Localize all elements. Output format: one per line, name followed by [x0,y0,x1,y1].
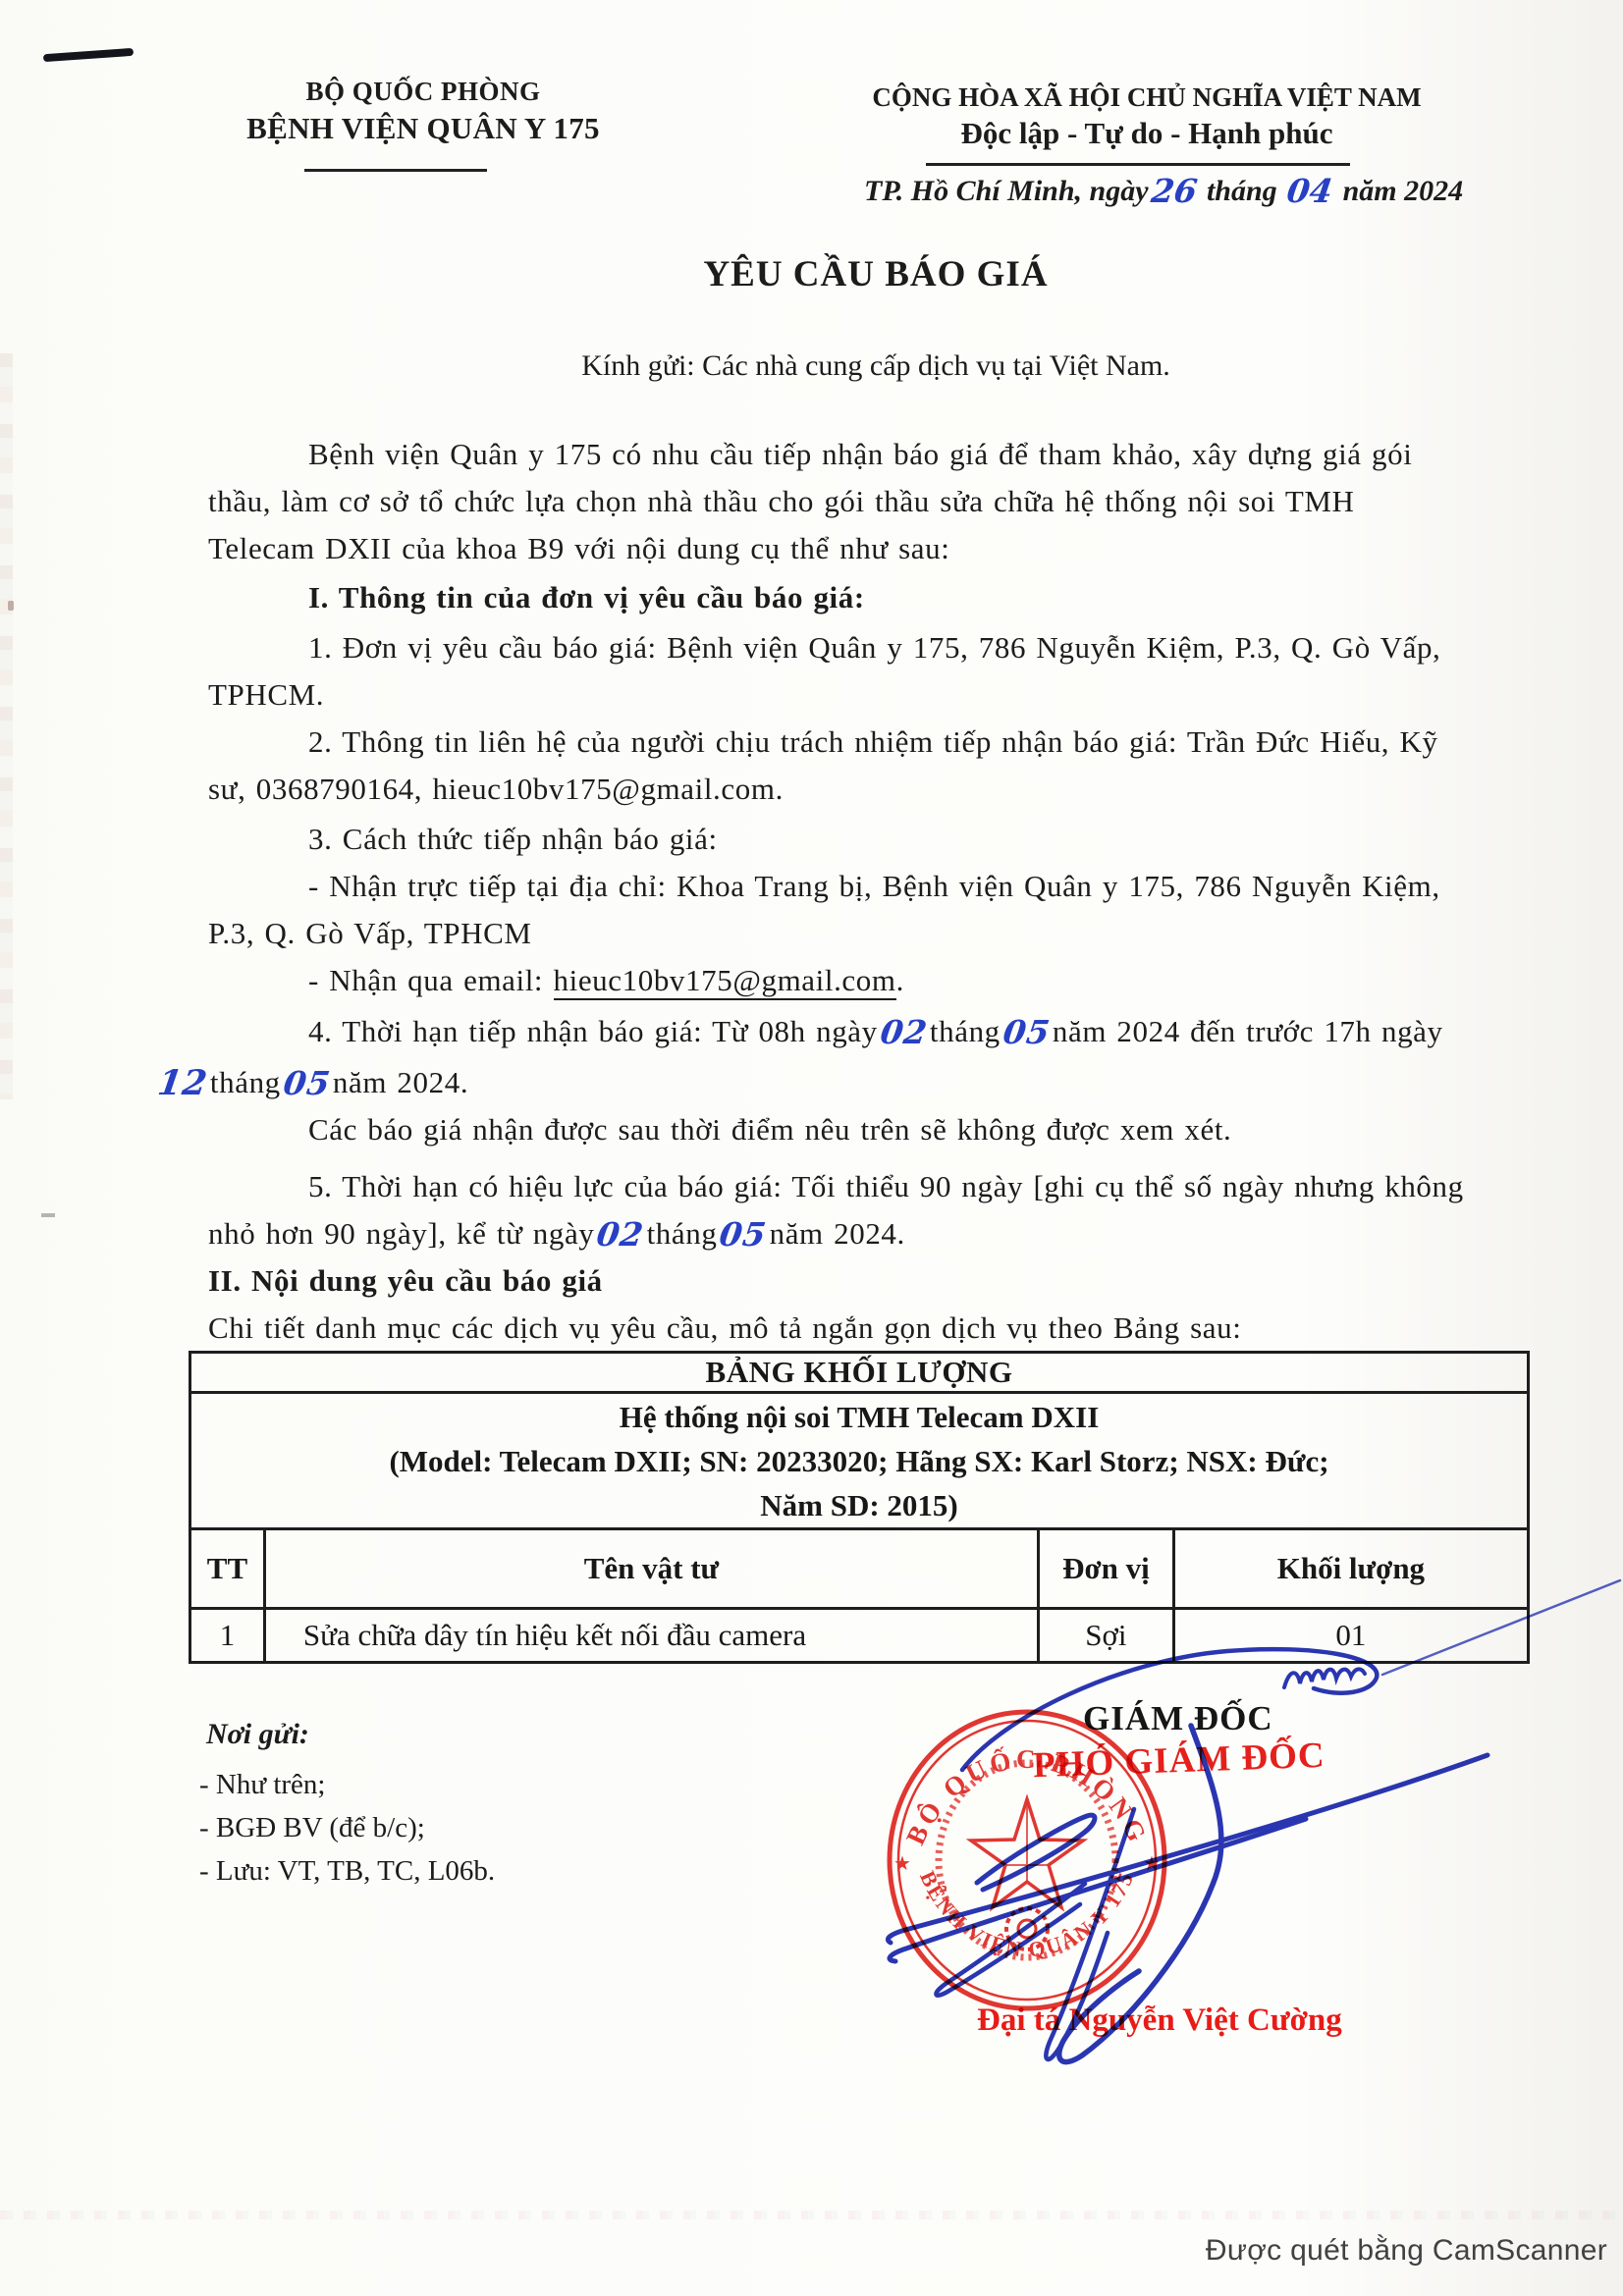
item-1-line: TPHCM. [208,672,1583,718]
equipment-year: Năm SD: 2015) [191,1483,1527,1527]
email-tail: . [896,963,904,997]
email-prefix: - Nhận qua email: [308,963,554,997]
national-motto: Độc lập - Tự do - Hạnh phúc [823,116,1471,151]
item-5-text: năm 2024. [770,1216,905,1251]
national-header-block: CỘNG HÒA XÃ HỘI CHỦ NGHĨA VIỆT NAM Độc l… [823,82,1471,151]
handwritten-day: 02 [595,1218,646,1251]
item-4-text: năm 2024 đến trước 17h ngày [1053,1014,1443,1048]
item-3-direct-line: P.3, Q. Gò Vấp, TPHCM [208,911,1583,956]
dateline: TP. Hồ Chí Minh, ngày26 tháng 04 năm 202… [864,173,1571,208]
salutation: Kính gửi: Các nhà cung cấp dịch vụ tại V… [208,349,1543,383]
item-5-line: nhỏ hơn 90 ngày], kể từ ngày02tháng05năm… [208,1211,1583,1256]
dateline-prefix: TP. Hồ Chí Minh, ngày [864,175,1149,207]
item-4-text: tháng [210,1065,281,1099]
dateline-mid: tháng [1199,175,1284,207]
item-4-text: năm 2024. [333,1065,468,1099]
item-4-text: 4. Thời hạn tiếp nhận báo giá: Từ 08h ng… [308,1014,878,1048]
email-address: hieuc10bv175@gmail.com [554,963,896,1000]
intro-line: thầu, làm cơ sở tổ chức lựa chọn nhà thầ… [208,479,1583,524]
section-1-heading: I. Thông tin của đơn vị yêu cầu báo giá: [208,575,1623,620]
intro-line: Bệnh viện Quân y 175 có nhu cầu tiếp nhậ… [208,432,1623,477]
issuing-org-block: BỘ QUỐC PHÒNG BỆNH VIỆN QUÂN Y 175 [211,77,635,146]
recipient-item: - Lưu: VT, TB, TC, L06b. [199,1849,495,1893]
col-header-tt: TT [190,1529,265,1609]
cell-tt: 1 [190,1609,265,1663]
handwritten-day: 26 [1149,175,1199,207]
equipment-name: Hệ thống nội soi TMH Telecam DXII [191,1395,1527,1439]
table-subtitle: Hệ thống nội soi TMH Telecam DXII (Model… [190,1393,1529,1529]
handwritten-month: 05 [281,1067,332,1099]
recipients-label: Nơi gửi: [206,1718,309,1751]
item-4-note: Các báo giá nhận được sau thời điểm nêu … [208,1107,1623,1152]
item-2-line: sư, 0368790164, hieuc10bv175@gmail.com. [208,767,1583,812]
handwritten-month: 05 [718,1218,769,1251]
document-page: BỘ QUỐC PHÒNG BỆNH VIỆN QUÂN Y 175 CỘNG … [0,0,1623,2296]
item-4-line: 12tháng05năm 2024. [155,1060,1530,1105]
scan-edge-artifact [0,353,13,1099]
scan-speck [41,1213,55,1217]
signature-ink-icon [844,1559,1623,2109]
table-title: BẢNG KHỐI LƯỢNG [190,1353,1529,1393]
item-3-direct-line: - Nhận trực tiếp tại địa chỉ: Khoa Trang… [208,864,1623,909]
org-underline [304,169,487,172]
scan-speck [8,601,14,611]
section-2-intro: Chi tiết danh mục các dịch vụ yêu cầu, m… [208,1306,1583,1351]
parent-org: BỘ QUỐC PHÒNG [211,77,635,107]
section-2-heading: II. Nội dung yêu cầu báo giá [208,1258,1583,1304]
page-title: YÊU CẦU BÁO GIÁ [208,253,1543,295]
camscanner-watermark: Được quét bằng CamScanner [1206,2234,1607,2268]
equipment-model: (Model: Telecam DXII; SN: 20233020; Hãng… [191,1439,1527,1483]
intro-line: Telecam DXII của khoa B9 với nội dung cụ… [208,526,1583,571]
scan-noise-band [0,2211,1623,2219]
item-4-line: 4. Thời hạn tiếp nhận báo giá: Từ 08h ng… [208,1009,1623,1054]
handwritten-day: 02 [878,1016,929,1048]
dateline-suffix: năm 2024 [1335,175,1463,207]
item-4-text: tháng [930,1014,1001,1048]
pen-dash-mark [43,48,134,62]
recipients-list: - Như trên; - BGĐ BV (để b/c); - Lưu: VT… [199,1763,495,1893]
recipient-item: - BGĐ BV (để b/c); [199,1806,495,1849]
recipient-item: - Như trên; [199,1763,495,1806]
org-name: BỆNH VIỆN QUÂN Y 175 [211,111,635,146]
item-2-line: 2. Thông tin liên hệ của người chịu trác… [208,720,1623,765]
item-3-email-line: - Nhận qua email: hieuc10bv175@gmail.com… [208,958,1623,1003]
item-5-line: 5. Thời hạn có hiệu lực của báo giá: Tối… [208,1164,1623,1209]
motto-underline [926,163,1350,166]
national-title: CỘNG HÒA XÃ HỘI CHỦ NGHĨA VIỆT NAM [823,82,1471,113]
item-1-line: 1. Đơn vị yêu cầu báo giá: Bệnh viện Quâ… [208,625,1623,670]
item-3-heading: 3. Cách thức tiếp nhận báo giá: [208,817,1623,862]
handwritten-day: 12 [156,1066,210,1100]
handwritten-month: 04 [1285,175,1335,207]
item-5-text: tháng [647,1216,718,1251]
handwritten-month: 05 [1001,1016,1052,1048]
item-5-text: nhỏ hơn 90 ngày], kể từ ngày [208,1216,594,1251]
